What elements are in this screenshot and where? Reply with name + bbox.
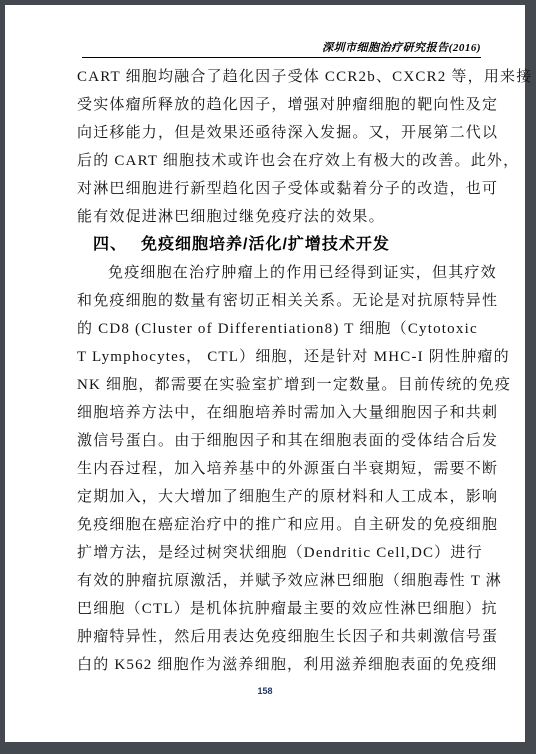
viewer-background: { "header": { "title": "深圳市细胞治疗研究报告(2016… bbox=[0, 0, 536, 754]
text-line: 白的 K562 细胞作为滋养细胞，利用滋养细胞表面的免疫细 bbox=[77, 651, 483, 679]
text-line: NK 细胞，都需要在实验室扩增到一定数量。目前传统的免疫 bbox=[77, 371, 483, 399]
page-body: CART 细胞均融合了趋化因子受体 CCR2b、CXCR2 等，用来接 受实体瘤… bbox=[77, 63, 483, 679]
text-line: 激信号蛋白。由于细胞因子和其在细胞表面的受体结合后发 bbox=[77, 427, 483, 455]
text-line: 细胞培养方法中，在细胞培养时需加入大量细胞因子和共刺 bbox=[77, 399, 483, 427]
text-line: 向迁移能力，但是效果还亟待深入发掘。又，开展第二代以 bbox=[77, 119, 483, 147]
text-line: 受实体瘤所释放的趋化因子，增强对肿瘤细胞的靶向性及定 bbox=[77, 91, 483, 119]
text-line: 对淋巴细胞进行新型趋化因子受体或黏着分子的改造，也可 bbox=[77, 175, 483, 203]
page-header: 深圳市细胞治疗研究报告(2016) bbox=[82, 39, 481, 58]
text-line: 免疫细胞在癌症治疗中的推广和应用。自主研发的免疫细胞 bbox=[77, 511, 483, 539]
text-line: CART 细胞均融合了趋化因子受体 CCR2b、CXCR2 等，用来接 bbox=[77, 63, 483, 91]
text-line: 肿瘤特异性，然后用表达免疫细胞生长因子和共刺激信号蛋 bbox=[77, 623, 483, 651]
text-line: 定期加入，大大增加了细胞生产的原材料和人工成本，影响 bbox=[77, 483, 483, 511]
text-line: 后的 CART 细胞技术或许也会在疗效上有极大的改善。此外， bbox=[77, 147, 483, 175]
text-line: 生内吞过程，加入培养基中的外源蛋白半衰期短，需要不断 bbox=[77, 455, 483, 483]
report-title: 深圳市细胞治疗研究报告(2016) bbox=[82, 39, 481, 55]
document-page: 深圳市细胞治疗研究报告(2016) CART 细胞均融合了趋化因子受体 CCR2… bbox=[5, 5, 525, 742]
text-line: T Lymphocytes， CTL）细胞，还是针对 MHC-I 阴性肿瘤的 bbox=[77, 343, 483, 371]
text-line: 和免疫细胞的数量有密切正相关关系。无论是对抗原特异性 bbox=[77, 287, 483, 315]
page-number: 158 bbox=[5, 686, 525, 696]
text-line: 有效的肿瘤抗原激活，并赋予效应淋巴细胞（细胞毒性 T 淋 bbox=[77, 567, 483, 595]
section-title: 免疫细胞培养/活化/扩增技术开发 bbox=[141, 236, 390, 253]
text-line: 能有效促进淋巴细胞过继免疫疗法的效果。 bbox=[77, 203, 483, 231]
text-line: 扩增方法，是经过树突状细胞（Dendritic Cell,DC）进行 bbox=[77, 539, 483, 567]
section-number: 四、 bbox=[93, 236, 127, 253]
header-rule bbox=[82, 57, 481, 58]
text-line: 巴细胞（CTL）是机体抗肿瘤最主要的效应性淋巴细胞）抗 bbox=[77, 595, 483, 623]
text-line: 免疫细胞在治疗肿瘤上的作用已经得到证实，但其疗效 bbox=[77, 259, 483, 287]
section-heading: 四、免疫细胞培养/活化/扩增技术开发 bbox=[77, 231, 483, 259]
text-line: 的 CD8 (Cluster of Differentiation8) T 细胞… bbox=[77, 315, 483, 343]
